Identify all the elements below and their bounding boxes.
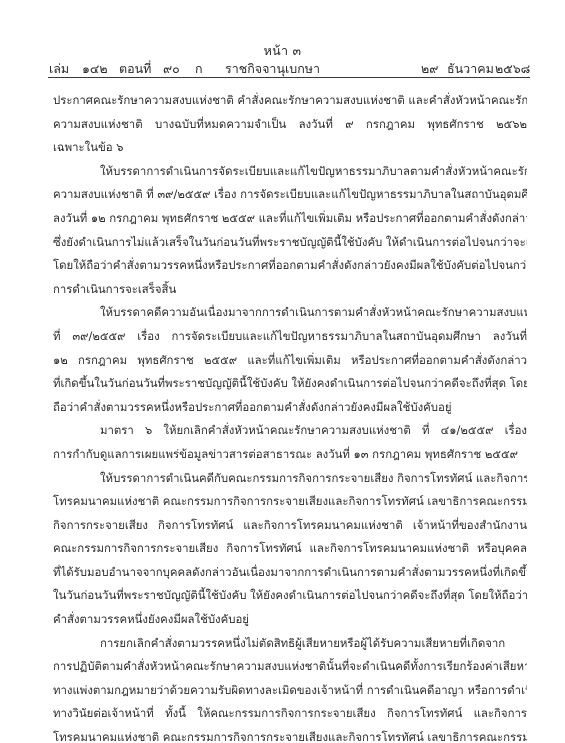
volume-label: เล่ม bbox=[49, 59, 69, 79]
volume-number: ๑๔๒ bbox=[82, 59, 108, 79]
gazette-page: หน้า ๓ เล่ม ๑๔๒ ตอนที่ ๙๐ ก ราชกิจจานุเบ… bbox=[0, 0, 565, 743]
text-line: การกำกับดูแลการเผยแพร่ข้อมูลข่าวสารต่อสา… bbox=[53, 443, 527, 467]
text-line: คณะกรรมการกิจการกระจายเสียง กิจการโทรทัศ… bbox=[53, 537, 527, 561]
text-line: ประกาศคณะรักษาความสงบแห่งชาติ คำสั่งคณะร… bbox=[53, 89, 527, 113]
text-line: ทางวินัยต่อเจ้าหน้าที่ ทั้งนี้ ให้คณะกรร… bbox=[53, 702, 527, 726]
text-line: ให้บรรดาการดำเนินคดีกับคณะกรรมการกิจการก… bbox=[53, 467, 527, 491]
text-line: เฉพาะในข้อ ๖ bbox=[53, 136, 527, 160]
gazette-header: เล่ม ๑๔๒ ตอนที่ ๙๐ ก ราชกิจจานุเบกษา ๒๙ … bbox=[49, 59, 529, 76]
text-line: ลงวันที่ ๑๒ กรกฎาคม พุทธศักราช ๒๕๕๙ และท… bbox=[53, 207, 527, 231]
date-year: ๒๕๖๘ bbox=[495, 59, 530, 79]
text-line: การดำเนินการจะเสร็จสิ้น bbox=[53, 278, 527, 302]
text-line: การยกเลิกคำสั่งตามวรรคหนึ่งไม่ตัดสิทธิผู… bbox=[53, 632, 527, 656]
text-line: การปฏิบัติตามคำสั่งหัวหน้าคณะรักษาความสง… bbox=[53, 655, 527, 679]
text-line: ให้บรรดาคดีความอันเนื่องมาจากการดำเนินกา… bbox=[53, 301, 527, 325]
section-number: ๙๐ bbox=[163, 59, 180, 79]
date-month: ธันวาคม bbox=[447, 59, 494, 79]
section-letter: ก bbox=[195, 59, 203, 79]
text-line: ที่เกิดขึ้นในวันก่อนวันที่พระราชบัญญัติน… bbox=[53, 372, 527, 396]
header-divider bbox=[48, 77, 530, 78]
text-line: โทรคมนาคมแห่งชาติ คณะกรรมการกิจการกระจาย… bbox=[53, 726, 527, 743]
text-line: กิจการกระจายเสียง กิจการโทรทัศน์ และกิจก… bbox=[53, 514, 527, 538]
text-line: ซึ่งยังดำเนินการไม่แล้วเสร็จในวันก่อนวัน… bbox=[53, 231, 527, 255]
text-line: โทรคมนาคมแห่งชาติ คณะกรรมการกิจการกระจาย… bbox=[53, 490, 527, 514]
text-line: คำสั่งตามวรรคหนึ่งยังคงมีผลใช้บังคับอยู่ bbox=[53, 608, 527, 632]
date-day: ๒๙ bbox=[421, 59, 438, 79]
text-line: ในวันก่อนวันที่พระราชบัญญัตินี้ใช้บังคับ… bbox=[53, 584, 527, 608]
page-number: หน้า ๓ bbox=[0, 41, 565, 61]
text-line: ทางแพ่งตามกฎหมายว่าด้วยความรับผิดทางละเม… bbox=[53, 679, 527, 703]
text-line: ถือว่าคำสั่งตามวรรคหนึ่งหรือประกาศที่ออก… bbox=[53, 396, 527, 420]
text-line: ที่ ๓๙/๒๕๕๙ เรื่อง การจัดระเบียบและแก้ไข… bbox=[53, 325, 527, 349]
section-label: ตอนที่ bbox=[119, 59, 151, 79]
text-line: ความสงบแห่งชาติ ที่ ๓๙/๒๕๕๙ เรื่อง การจั… bbox=[53, 183, 527, 207]
text-line: ให้บรรดาการดำเนินการจัดระเบียบและแก้ไขปั… bbox=[53, 160, 527, 184]
publication-name: ราชกิจจานุเบกษา bbox=[225, 59, 320, 79]
text-line: ๑๒ กรกฎาคม พุทธศักราช ๒๕๕๙ และที่แก้ไขเพ… bbox=[53, 349, 527, 373]
text-line: ที่ได้รับมอบอำนาจจากบุคคลดังกล่าวอันเนื่… bbox=[53, 561, 527, 585]
text-line: ความสงบแห่งชาติ บางฉบับที่หมดความจำเป็น … bbox=[53, 113, 527, 137]
body-text: ประกาศคณะรักษาความสงบแห่งชาติ คำสั่งคณะร… bbox=[53, 89, 527, 743]
text-line: มาตรา ๖ ให้ยกเลิกคำสั่งหัวหน้าคณะรักษาคว… bbox=[53, 419, 527, 443]
text-line: โดยให้ถือว่าคำสั่งตามวรรคหนึ่งหรือประกาศ… bbox=[53, 254, 527, 278]
